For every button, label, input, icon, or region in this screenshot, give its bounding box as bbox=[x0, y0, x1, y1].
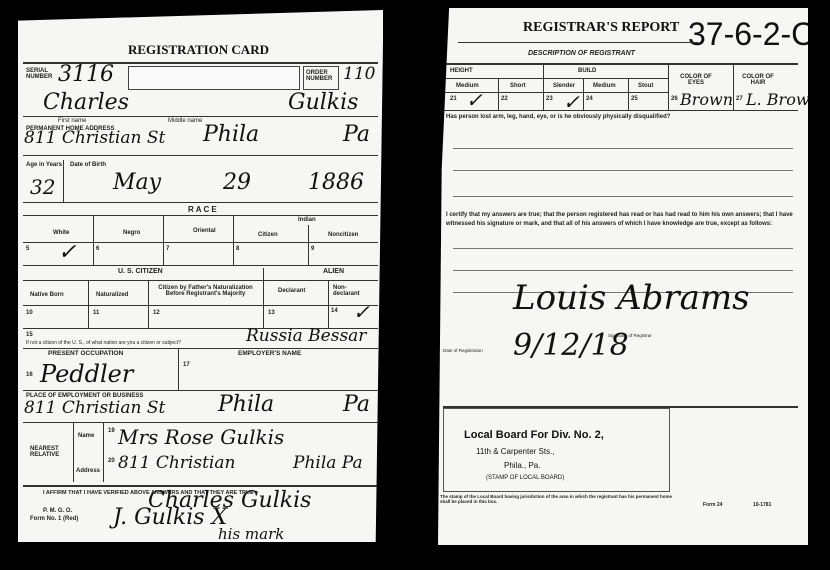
disability-question: Has person lost arm, leg, hand, eye, or … bbox=[446, 114, 670, 120]
order-label-box: ORDER NUMBER bbox=[303, 66, 339, 90]
dob-label: Date of Birth bbox=[70, 162, 106, 168]
first-name-label: First name bbox=[58, 118, 86, 124]
eyes-heading: COLOR OF EYES bbox=[676, 74, 716, 86]
height-heading: HEIGHT bbox=[450, 68, 473, 74]
serial-number: 3116 bbox=[58, 62, 114, 87]
non-declarant-num: 14 bbox=[331, 308, 338, 314]
non-declarant-check: ✓ bbox=[353, 300, 370, 324]
board-line-1: Local Board For Div. No. 2, bbox=[464, 429, 604, 441]
first-name: Charles bbox=[43, 90, 129, 115]
race-white-check: ✓ bbox=[58, 240, 76, 265]
order-number: 110 bbox=[343, 64, 375, 84]
board-line-4: (STAMP OF LOCAL BOARD) bbox=[486, 475, 564, 481]
occupation: Peddler bbox=[40, 360, 133, 388]
relative-name: Mrs Rose Gulkis bbox=[118, 425, 284, 449]
stamp-number: 37-6-2-C bbox=[688, 16, 814, 53]
address-street: 811 Christian St bbox=[24, 128, 165, 148]
build-stout-num: 25 bbox=[631, 96, 638, 102]
relative-address: 811 Christian bbox=[118, 453, 235, 473]
employer-label: EMPLOYER'S NAME bbox=[238, 350, 301, 357]
build-stout-label: Stout bbox=[638, 83, 653, 89]
age-label: Age in Years bbox=[26, 162, 62, 168]
dob-year: 1886 bbox=[308, 170, 364, 195]
form-code: P. M. G. O. bbox=[43, 508, 72, 514]
form-name: Form No. 1 (Red) bbox=[30, 516, 78, 522]
build-slender-label: Slender bbox=[553, 83, 575, 89]
native-born-label: Native Born bbox=[30, 292, 64, 298]
occupation-num: 16 bbox=[26, 372, 33, 378]
nation-value: Russia Bessar bbox=[246, 326, 366, 346]
native-born-num: 10 bbox=[26, 310, 33, 316]
dob-month: May bbox=[113, 170, 161, 195]
declarant-label: Declarant bbox=[278, 288, 305, 294]
age: 32 bbox=[30, 175, 55, 199]
relative-name-label: Name bbox=[78, 433, 94, 439]
hair-heading: COLOR OF HAIR bbox=[738, 74, 778, 86]
hair-num: 27 bbox=[736, 96, 743, 102]
race-noncitizen-num: 9 bbox=[311, 246, 314, 252]
eyes-value: Brown bbox=[680, 90, 733, 109]
race-oriental-label: Oriental bbox=[193, 228, 216, 234]
height-short-label: Short bbox=[510, 83, 526, 89]
hair-value: L. Brown bbox=[746, 90, 820, 109]
height-short-num: 22 bbox=[501, 96, 508, 102]
race-heading: RACE bbox=[188, 205, 219, 214]
height-medium-check: ✓ bbox=[466, 88, 483, 112]
race-negro-num: 6 bbox=[96, 246, 99, 252]
address-city: Phila bbox=[203, 122, 259, 147]
registrars-report: REGISTRAR'S REPORT 37-6-2-C DESCRIPTION … bbox=[438, 8, 808, 545]
blank-box bbox=[128, 66, 300, 90]
race-citizen-label: Citizen bbox=[258, 232, 278, 238]
address-state: Pa bbox=[343, 122, 370, 147]
registration-card: REGISTRATION CARD SERIAL NUMBER 3116 ORD… bbox=[18, 10, 383, 542]
registration-date: 9/12/18 bbox=[513, 328, 629, 363]
naturalized-num: 11 bbox=[93, 310, 99, 316]
dob-day: 29 bbox=[223, 170, 251, 195]
race-oriental-num: 7 bbox=[166, 246, 169, 252]
naturalized-label: Naturalized bbox=[96, 292, 128, 298]
report-subtitle: DESCRIPTION OF REGISTRANT bbox=[528, 50, 635, 57]
father-naturalization-label: Citizen by Father's Naturalization Befor… bbox=[153, 285, 258, 297]
report-title: REGISTRAR'S REPORT bbox=[523, 20, 679, 36]
card-title: REGISTRATION CARD bbox=[128, 42, 269, 58]
build-medium-num: 24 bbox=[586, 96, 593, 102]
board-line-3: Phila., Pa. bbox=[504, 461, 540, 470]
order-label: ORDER NUMBER bbox=[304, 67, 338, 85]
race-citizen-num: 8 bbox=[236, 246, 239, 252]
footer-code-2: 10-1781 bbox=[753, 502, 771, 508]
employment-state: Pa bbox=[343, 392, 370, 417]
race-white-label: White bbox=[53, 230, 69, 236]
footer-text: The stamp of the Local Board having juri… bbox=[440, 494, 675, 504]
non-declarant-label: Non-declarant bbox=[333, 285, 373, 297]
middle-name-label: Middle name bbox=[168, 118, 202, 124]
serial-label: SERIAL NUMBER bbox=[26, 68, 56, 80]
father-naturalization-num: 12 bbox=[153, 310, 160, 316]
certify-text: I certify that my answers are true; that… bbox=[446, 211, 796, 229]
nation-label: If not a citizen of the U. S., of what n… bbox=[26, 340, 256, 346]
relative-name-num: 19 bbox=[108, 428, 115, 434]
build-slender-num: 23 bbox=[546, 96, 553, 102]
alien-heading: ALIEN bbox=[323, 268, 344, 275]
his-mark: his mark bbox=[218, 525, 284, 543]
local-board-stamp: Local Board For Div. No. 2, 11th & Carpe… bbox=[443, 408, 670, 492]
build-medium-label: Medium bbox=[593, 83, 616, 89]
nearest-relative-label: NEAREST RELATIVE bbox=[30, 446, 70, 458]
build-heading: BUILD bbox=[578, 68, 596, 74]
relative-address-label: Address bbox=[76, 468, 100, 474]
last-name: Gulkis bbox=[288, 90, 358, 115]
declarant-num: 13 bbox=[268, 310, 275, 316]
indian-heading: Indian bbox=[298, 217, 316, 223]
employment-city: Phila bbox=[218, 392, 274, 417]
registrar-signature: Louis Abrams bbox=[513, 278, 750, 318]
race-negro-label: Negro bbox=[123, 230, 140, 236]
us-citizen-heading: U. S. CITIZEN bbox=[118, 268, 163, 275]
nation-num: 15 bbox=[26, 332, 33, 338]
relative-city: Phila Pa bbox=[293, 453, 363, 473]
date-label: Date of Registration bbox=[443, 348, 483, 353]
relative-address-num: 20 bbox=[108, 458, 115, 464]
employment-street: 811 Christian St bbox=[24, 398, 165, 418]
race-white-num: 5 bbox=[26, 246, 29, 252]
height-medium-num: 21 bbox=[450, 96, 457, 102]
eyes-num: 26 bbox=[671, 96, 678, 102]
race-noncitizen-label: Noncitizen bbox=[328, 232, 358, 238]
signature-mark: J. Gulkis X bbox=[113, 505, 227, 530]
occupation-label: PRESENT OCCUPATION bbox=[48, 350, 123, 357]
board-line-2: 11th & Carpenter Sts., bbox=[476, 447, 555, 456]
employer-num: 17 bbox=[183, 362, 190, 368]
footer-code: Form 24 bbox=[703, 502, 722, 508]
